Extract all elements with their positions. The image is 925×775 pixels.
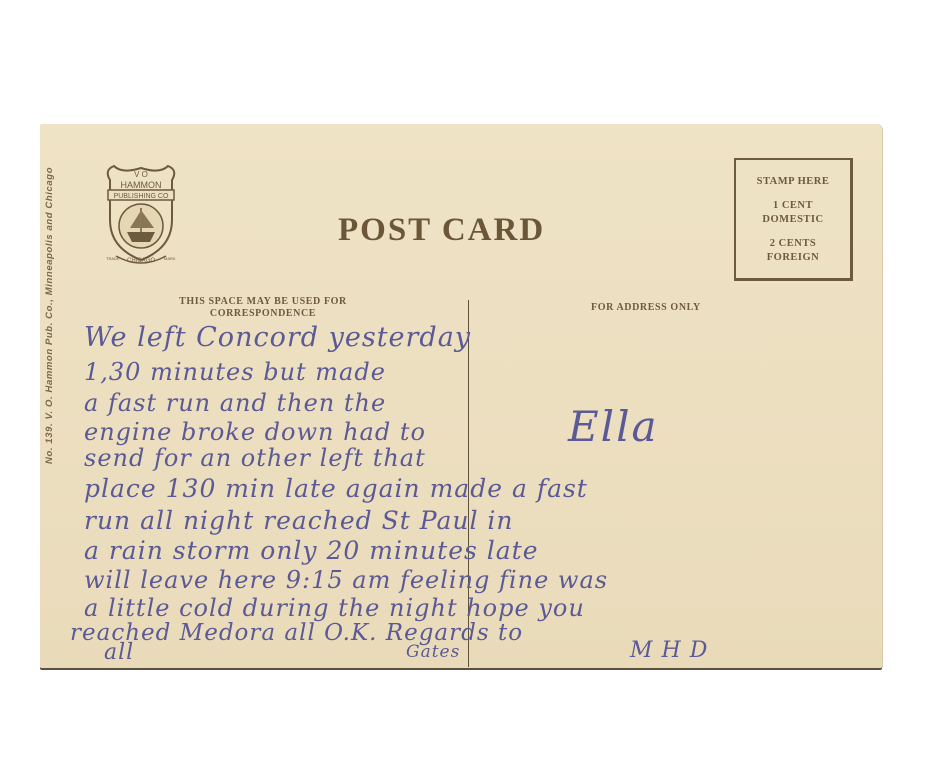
signature-right: M H D [630,640,708,662]
svg-text:PUBLISHING CO: PUBLISHING CO [114,193,169,200]
handwriting-line: a little cold during the night hope you [84,596,585,620]
stamp-here-label: STAMP HERE [736,175,850,189]
svg-text:MARK: MARK [164,256,176,261]
handwriting-line: place 130 min late again made a fast [84,476,588,501]
domestic-label: DOMESTIC [736,213,850,227]
address-label: FOR ADDRESS ONLY [591,302,701,313]
svg-text:HAMMON: HAMMON [121,180,162,190]
handwriting-line: We left Concord yesterday [84,324,471,351]
domestic-rate: 1 CENT [736,199,850,213]
handwriting-line: a fast run and then the [84,391,386,415]
handwriting-line: will leave here 9:15 am feeling fine was [84,568,608,592]
publisher-credit: No. 139. V. O. Hammon Pub. Co., Minneapo… [44,167,55,464]
svg-text:V O: V O [134,170,148,179]
correspondence-label-line2: CORRESPONDENCE [150,308,376,320]
signature-left: Gates [406,644,460,661]
handwriting-line: all [104,642,134,664]
postcard-title: POST CARD [338,212,545,249]
correspondence-label-line1: THIS SPACE MAY BE USED FOR [150,296,376,308]
handwriting-line: send for an other left that [84,446,426,470]
stamp-box: STAMP HERE 1 CENT DOMESTIC 2 CENTS FOREI… [734,158,853,281]
svg-text:CHICAGO: CHICAGO [127,258,155,264]
svg-text:TRADE: TRADE [106,256,120,261]
handwriting-line: 1,30 minutes but made [84,360,386,384]
publisher-logo-ship-icon: V O HAMMON PUBLISHING CO CHICAGO TRADE M… [102,160,180,270]
postcard-back: V O HAMMON PUBLISHING CO CHICAGO TRADE M… [40,124,882,668]
addressee-name: Ella [568,406,659,448]
correspondence-label: THIS SPACE MAY BE USED FOR CORRESPONDENC… [150,296,376,320]
handwriting-line: engine broke down had to [84,420,426,444]
handwriting-line: a rain storm only 20 minutes late [84,538,539,563]
handwriting-line: run all night reached St Paul in [84,508,514,533]
foreign-rate: 2 CENTS [736,237,850,251]
foreign-label: FOREIGN [736,251,850,265]
